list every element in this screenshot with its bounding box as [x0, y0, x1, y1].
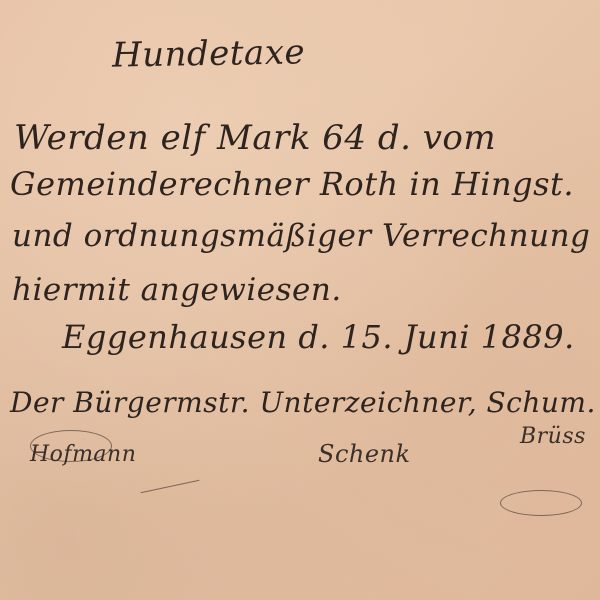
- signature-bruess: Brüss: [520, 424, 586, 449]
- flourish-loop: [30, 430, 112, 462]
- body-line-3: und ordnungsmäßiger Verrechnung: [12, 218, 590, 254]
- document-title: Hundetaxe: [112, 32, 306, 75]
- flourish-underline: [141, 480, 200, 493]
- body-line-4: hiermit angewiesen.: [12, 272, 342, 308]
- document-page: Hundetaxe Werden elf Mark 64 d. vom Geme…: [0, 0, 600, 600]
- signature-schenk: Schenk: [318, 440, 411, 468]
- body-line-1: Werden elf Mark 64 d. vom: [14, 118, 496, 158]
- body-line-2: Gemeinderechner Roth in Hingst.: [10, 165, 574, 203]
- flourish-loop-right: [500, 490, 582, 516]
- place-date: Eggenhausen d. 15. Juni 1889.: [62, 318, 575, 356]
- signature-line: Der Bürgermstr. Unterzeichner, Schum.: [10, 386, 596, 419]
